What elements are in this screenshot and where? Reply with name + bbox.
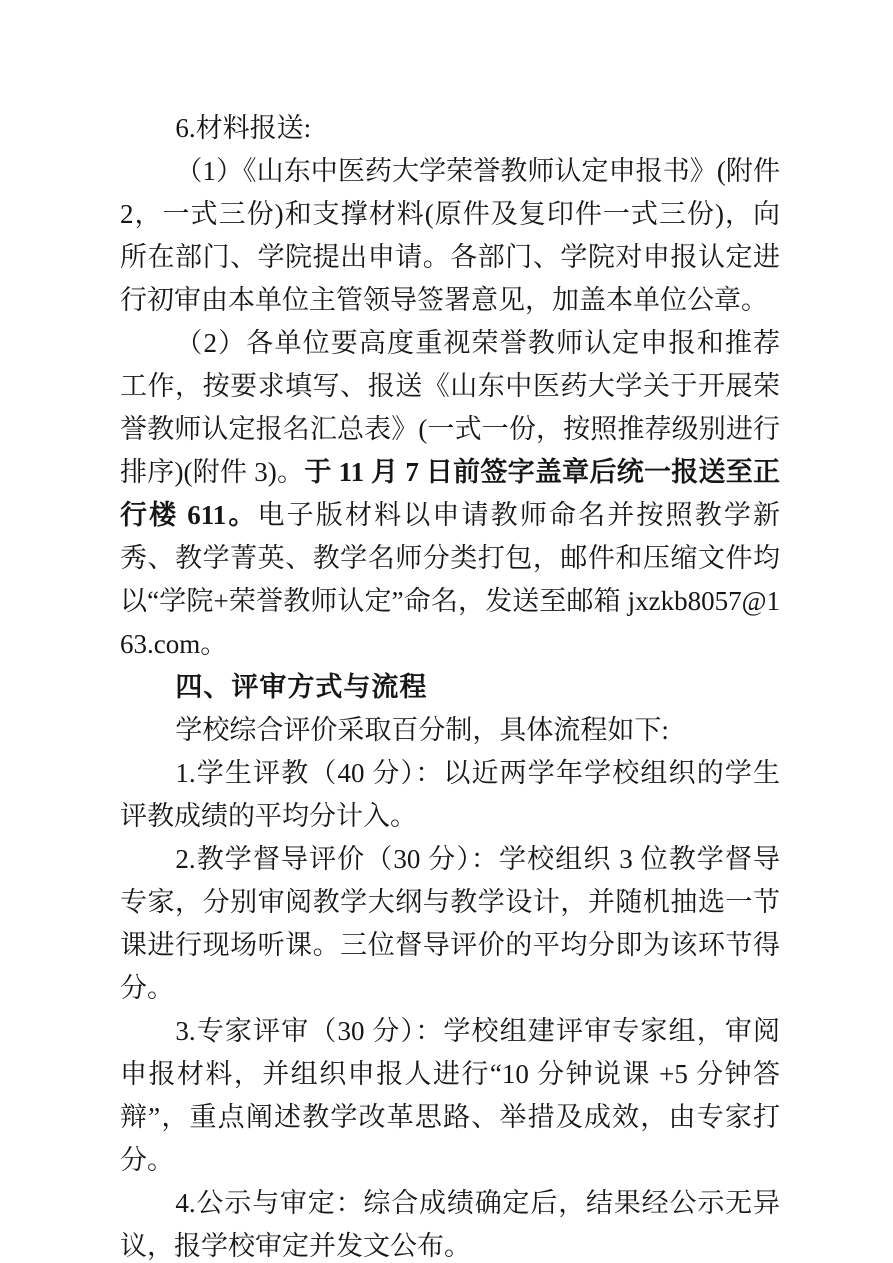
text-run: 4.公示与审定：综合成绩确定后，结果经公示无异议，报学校审定并发文公布。 (120, 1188, 780, 1261)
text-run: 3.专家评审（30 分）：学校组建评审专家组，审阅申报材料，并组织申报人进行“1… (120, 1016, 780, 1175)
document-body: 6.材料报送:（1）《山东中医药大学荣誉教师认定申报书》(附件 2，一式三份)和… (120, 107, 780, 1263)
text-run: 2.教学督导评价（30 分）：学校组织 3 位教学督导专家，分别审阅教学大纲与教… (120, 844, 780, 1003)
document-page: 6.材料报送:（1）《山东中医药大学荣誉教师认定申报书》(附件 2，一式三份)和… (0, 0, 893, 1263)
paragraph: （2）各单位要高度重视荣誉教师认定申报和推荐工作，按要求填写、报送《山东中医药大… (120, 322, 780, 666)
text-run: （1）《山东中医药大学荣誉教师认定申报书》(附件 2，一式三份)和支撑材料(原件… (120, 156, 780, 315)
paragraph: 6.材料报送: (120, 107, 780, 150)
paragraph: 1.学生评教（40 分）：以近两学年学校组织的学生评教成绩的平均分计入。 (120, 752, 780, 838)
section-heading: 四、评审方式与流程 (120, 666, 780, 709)
text-run: 1.学生评教（40 分）：以近两学年学校组织的学生评教成绩的平均分计入。 (120, 758, 780, 831)
paragraph: 学校综合评价采取百分制，具体流程如下: (120, 709, 780, 752)
text-run: 6.材料报送: (175, 113, 311, 143)
paragraph: （1）《山东中医药大学荣誉教师认定申报书》(附件 2，一式三份)和支撑材料(原件… (120, 150, 780, 322)
bold-text-run: 四、评审方式与流程 (175, 672, 427, 702)
paragraph: 4.公示与审定：综合成绩确定后，结果经公示无异议，报学校审定并发文公布。 (120, 1182, 780, 1263)
paragraph: 2.教学督导评价（30 分）：学校组织 3 位教学督导专家，分别审阅教学大纲与教… (120, 838, 780, 1010)
paragraph: 3.专家评审（30 分）：学校组建评审专家组，审阅申报材料，并组织申报人进行“1… (120, 1010, 780, 1182)
text-run: 学校综合评价采取百分制，具体流程如下: (175, 715, 669, 745)
